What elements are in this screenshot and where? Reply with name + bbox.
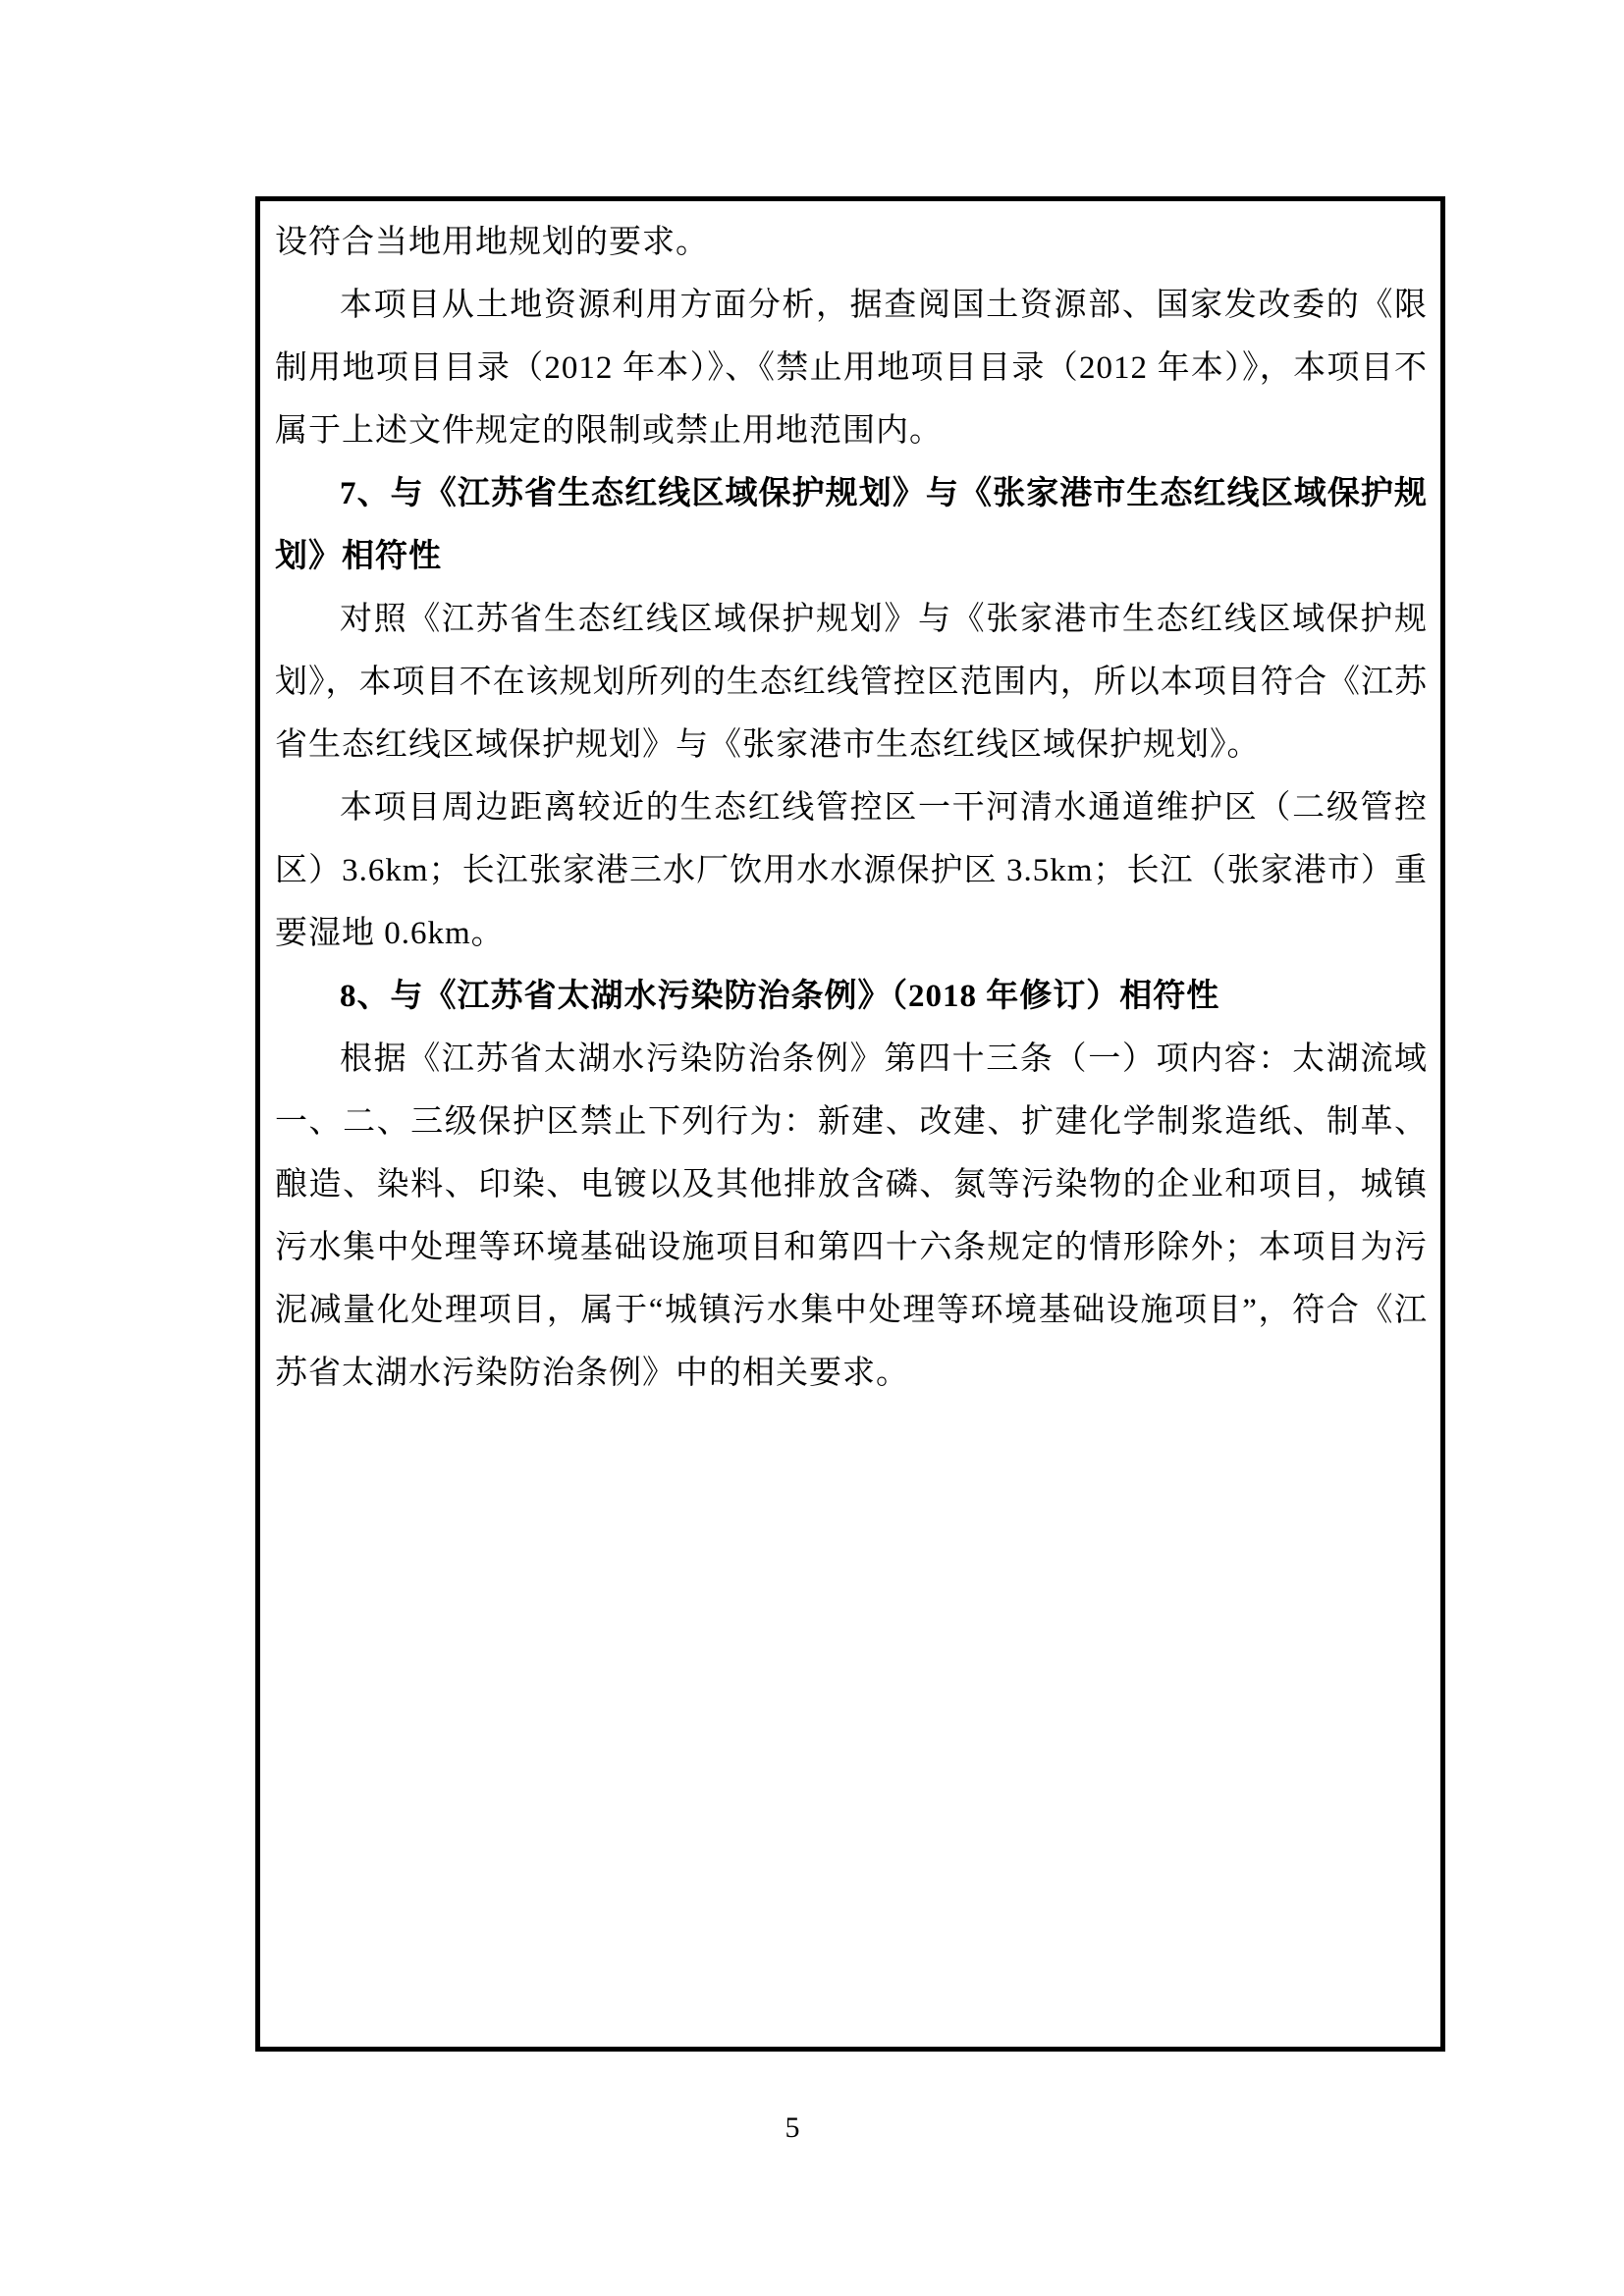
paragraph-taihu-compliance: 根据《江苏省太湖水污染防治条例》第四十三条（一）项内容：太湖流域一、二、三级保护…: [275, 1028, 1428, 1405]
section-heading-8-taihu-regulation: 8、与《江苏省太湖水污染防治条例》（2018 年修订）相符性: [275, 965, 1428, 1028]
paragraph-land-use-continuation: 设符合当地用地规划的要求。: [275, 211, 1428, 274]
document-page: 设符合当地用地规划的要求。 本项目从土地资源利用方面分析，据查阅国土资源部、国家…: [0, 0, 1624, 2296]
paragraph-redline-distances: 本项目周边距离较近的生态红线管控区一干河清水通道维护区（二级管控区）3.6km；…: [275, 776, 1428, 965]
page-number: 5: [0, 2109, 1585, 2148]
paragraph-redline-compliance: 对照《江苏省生态红线区域保护规划》与《张家港市生态红线区域保护规划》，本项目不在…: [275, 588, 1428, 776]
section-heading-7-ecological-redline: 7、与《江苏省生态红线区域保护规划》与《张家港市生态红线区域保护规划》相符性: [275, 462, 1428, 588]
content-box: 设符合当地用地规划的要求。 本项目从土地资源利用方面分析，据查阅国土资源部、国家…: [255, 196, 1445, 2052]
paragraph-land-resource-analysis: 本项目从土地资源利用方面分析，据查阅国土资源部、国家发改委的《限制用地项目目录（…: [275, 274, 1428, 462]
